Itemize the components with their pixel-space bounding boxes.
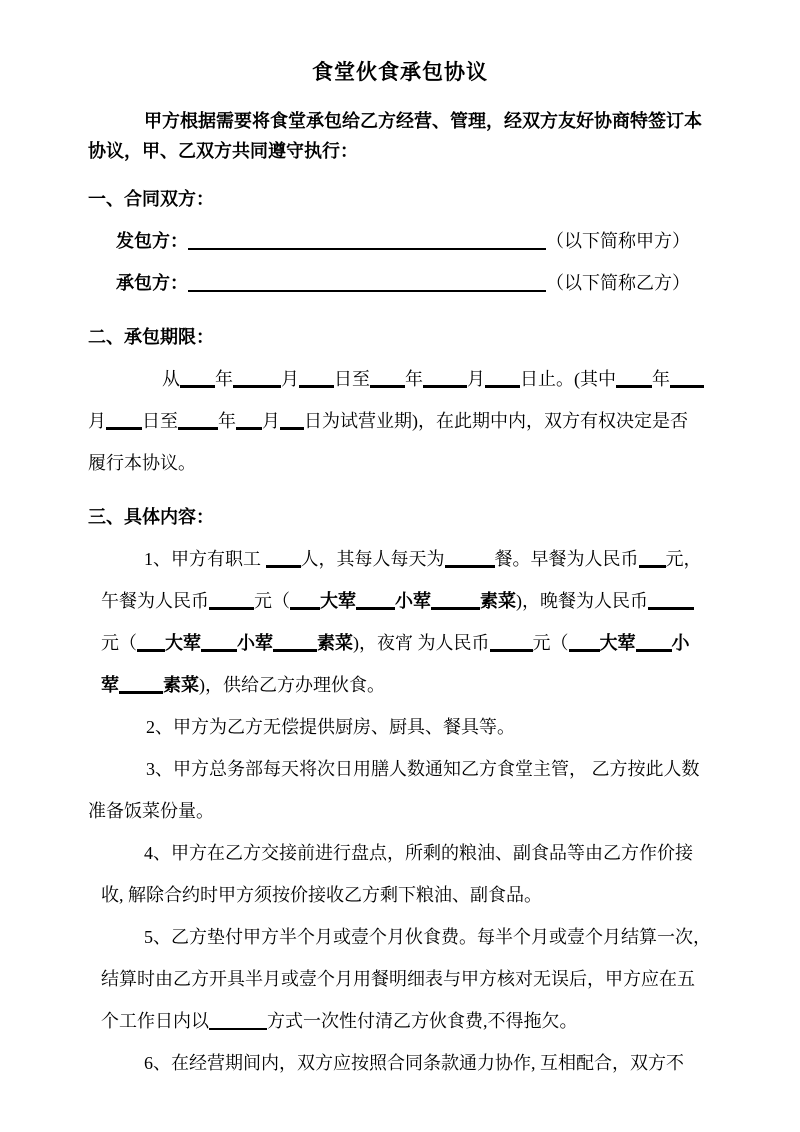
fill-in-blank-underline [670,385,704,388]
fill-in-blank-underline [188,248,546,250]
fill-in-blank-underline [280,427,304,430]
text-run: 小荤 [395,591,431,611]
fill-in-blank-underline [648,607,694,610]
document-page: 食堂伙食承包协议 甲方根据需要将食堂承包给乙方经营、管理，经双方友好协商特签订本… [0,0,800,1132]
fill-in-blank-underline [431,607,480,610]
doc-line: 5、乙方垫付甲方半个月或壹个月伙食费。每半个月或壹个月结算一次， [88,916,712,958]
text-run: 元（ [101,633,137,653]
text-run: （以下简称乙方） [546,273,690,293]
text-run: 准备饭菜份量。 [88,801,214,821]
text-run: 2、甲方为乙方无偿提供厨房、厨具、餐具等。 [146,717,515,737]
text-run: 甲方根据需要将食堂承包给乙方经营、管理，经双方友好协商特签订本 [144,111,702,131]
text-run: 月 [281,369,299,389]
text-run: 年 [652,369,670,389]
section-heading: 一、合同双方： [88,178,712,220]
text-run: 承包方： [116,273,188,293]
text-run: )，夜宵 为人民币 [353,633,490,653]
text-run: 元（ [254,591,290,611]
text-run: 二、承包期限： [88,327,214,347]
text-run: 小荤 [237,633,273,653]
fill-in-blank-underline [119,691,163,694]
fill-in-blank-underline [236,427,262,430]
doc-line: 2、甲方为乙方无偿提供厨房、厨具、餐具等。 [88,706,712,748]
text-run: 年 [218,411,236,431]
fill-in-blank-underline [209,1028,267,1030]
text-run: 荤 [101,675,119,695]
text-run: 三、具体内容： [88,507,214,527]
doc-line: 结算时由乙方开具半月或壹个月用餐明细表与甲方核对无误后，甲方应在五 [88,958,712,1000]
text-run: 年 [405,369,423,389]
fill-in-blank-underline [188,290,546,292]
fill-in-blank-underline [178,427,218,430]
text-run: 一、合同双方： [88,189,214,209]
text-run: 方式一次性付清乙方伙食费,不得拖欠。 [267,1011,578,1031]
doc-line: 元（大荤小荤素菜)，夜宵 为人民币元（大荤小 [88,622,712,664]
text-run: 从 [162,369,180,389]
text-run: 大荤 [600,633,636,653]
text-run: 履行本协议。 [88,453,196,473]
section-heading: 三、具体内容： [88,496,712,538]
text-run: 4、甲方在乙方交接前进行盘点，所剩的粮油、副食品等由乙方作价接 [144,843,693,863]
text-run: 素菜 [480,591,516,611]
text-run: 日至 [334,369,370,389]
fill-in-blank-underline [356,607,395,610]
fill-in-blank-underline [636,649,672,652]
intro-line: 协议，甲、乙双方共同遵守执行： [88,136,712,166]
text-run: 6、在经营期间内，双方应按照合同条款通力协作, 互相配合，双方不 [144,1053,684,1073]
text-run: 小 [672,633,690,653]
text-run: 素菜 [317,633,353,653]
doc-line: 午餐为人民币元（大荤小荤素菜)，晚餐为人民币 [88,580,712,622]
text-run: 素菜 [163,675,199,695]
intro-line: 甲方根据需要将食堂承包给乙方经营、管理，经双方友好协商特签订本 [88,106,712,136]
fill-in-blank-underline [290,607,320,610]
text-run: 月 [467,369,485,389]
fill-in-blank-underline [266,565,301,568]
doc-line: 收, 解除合约时甲方须按价接收乙方剩下粮油、副食品。 [88,874,712,916]
fill-in-blank-underline [490,649,533,652]
doc-line: 3、甲方总务部每天将次日用膳人数通知乙方食堂主管， 乙方按此人数 [88,748,712,790]
text-run: 月 [262,411,280,431]
doc-line: 准备饭菜份量。 [88,790,712,832]
fill-in-blank-underline [201,649,237,652]
doc-line: 荤素菜)，供给乙方办理伙食。 [88,664,712,706]
text-run: 午餐为人民币 [101,591,209,611]
doc-line: 承包方：（以下简称乙方） [88,262,712,304]
fill-in-blank-underline [137,649,165,652]
text-run: 元（ [533,633,569,653]
fill-in-blank-underline [445,565,495,568]
text-run: 5、乙方垫付甲方半个月或壹个月伙食费。每半个月或壹个月结算一次， [144,927,711,947]
text-run: 收, 解除合约时甲方须按价接收乙方剩下粮油、副食品。 [101,885,542,905]
document-body: 甲方根据需要将食堂承包给乙方经营、管理，经双方友好协商特签订本协议，甲、乙双方共… [88,106,712,1084]
text-run: （以下简称甲方） [546,231,690,251]
doc-line: 发包方：（以下简称甲方） [88,220,712,262]
fill-in-blank-underline [273,649,317,652]
fill-in-blank-underline [180,385,215,388]
fill-in-blank-underline [233,385,281,388]
fill-in-blank-underline [616,385,652,388]
fill-in-blank-underline [639,565,666,568]
text-run: 日至 [142,411,178,431]
text-run: 元， [666,549,702,569]
text-run: 年 [215,369,233,389]
text-run: 协议，甲、乙双方共同遵守执行： [88,141,358,161]
section-heading: 二、承包期限： [88,316,712,358]
doc-line: 个工作日内以方式一次性付清乙方伙食费,不得拖欠。 [88,1000,712,1042]
text-run: 餐。早餐为人民币 [495,549,639,569]
text-run: 人，其每人每天为 [301,549,445,569]
document-title: 食堂伙食承包协议 [88,56,712,88]
doc-line: 月日至年月日为试营业期)，在此期中内，双方有权决定是否 [88,400,712,442]
fill-in-blank-underline [569,649,600,652]
text-run: 个工作日内以 [101,1011,209,1031]
text-run: 结算时由乙方开具半月或壹个月用餐明细表与甲方核对无误后，甲方应在五 [101,969,695,989]
fill-in-blank-underline [299,385,334,388]
text-run: )，晚餐为人民币 [516,591,648,611]
fill-in-blank-underline [106,427,142,430]
fill-in-blank-underline [209,607,254,610]
text-run: 日止。(其中 [520,369,616,389]
text-run: )，供给乙方办理伙食。 [199,675,385,695]
doc-line: 从年月日至年月日止。(其中年 [88,358,712,400]
fill-in-blank-underline [485,385,520,388]
doc-line: 履行本协议。 [88,442,712,484]
fill-in-blank-underline [370,385,405,388]
doc-line: 1、甲方有职工 人，其每人每天为餐。早餐为人民币元， [88,538,712,580]
text-run: 日为试营业期)，在此期中内，双方有权决定是否 [304,411,688,431]
text-run: 3、甲方总务部每天将次日用膳人数通知乙方食堂主管， 乙方按此人数 [146,759,700,779]
fill-in-blank-underline [423,385,467,388]
text-run: 发包方： [116,231,188,251]
doc-line: 6、在经营期间内，双方应按照合同条款通力协作, 互相配合，双方不 [88,1042,712,1084]
text-run: 大荤 [320,591,356,611]
text-run: 月 [88,411,106,431]
doc-line: 4、甲方在乙方交接前进行盘点，所剩的粮油、副食品等由乙方作价接 [88,832,712,874]
text-run: 大荤 [165,633,201,653]
text-run: 1、甲方有职工 [144,549,266,569]
